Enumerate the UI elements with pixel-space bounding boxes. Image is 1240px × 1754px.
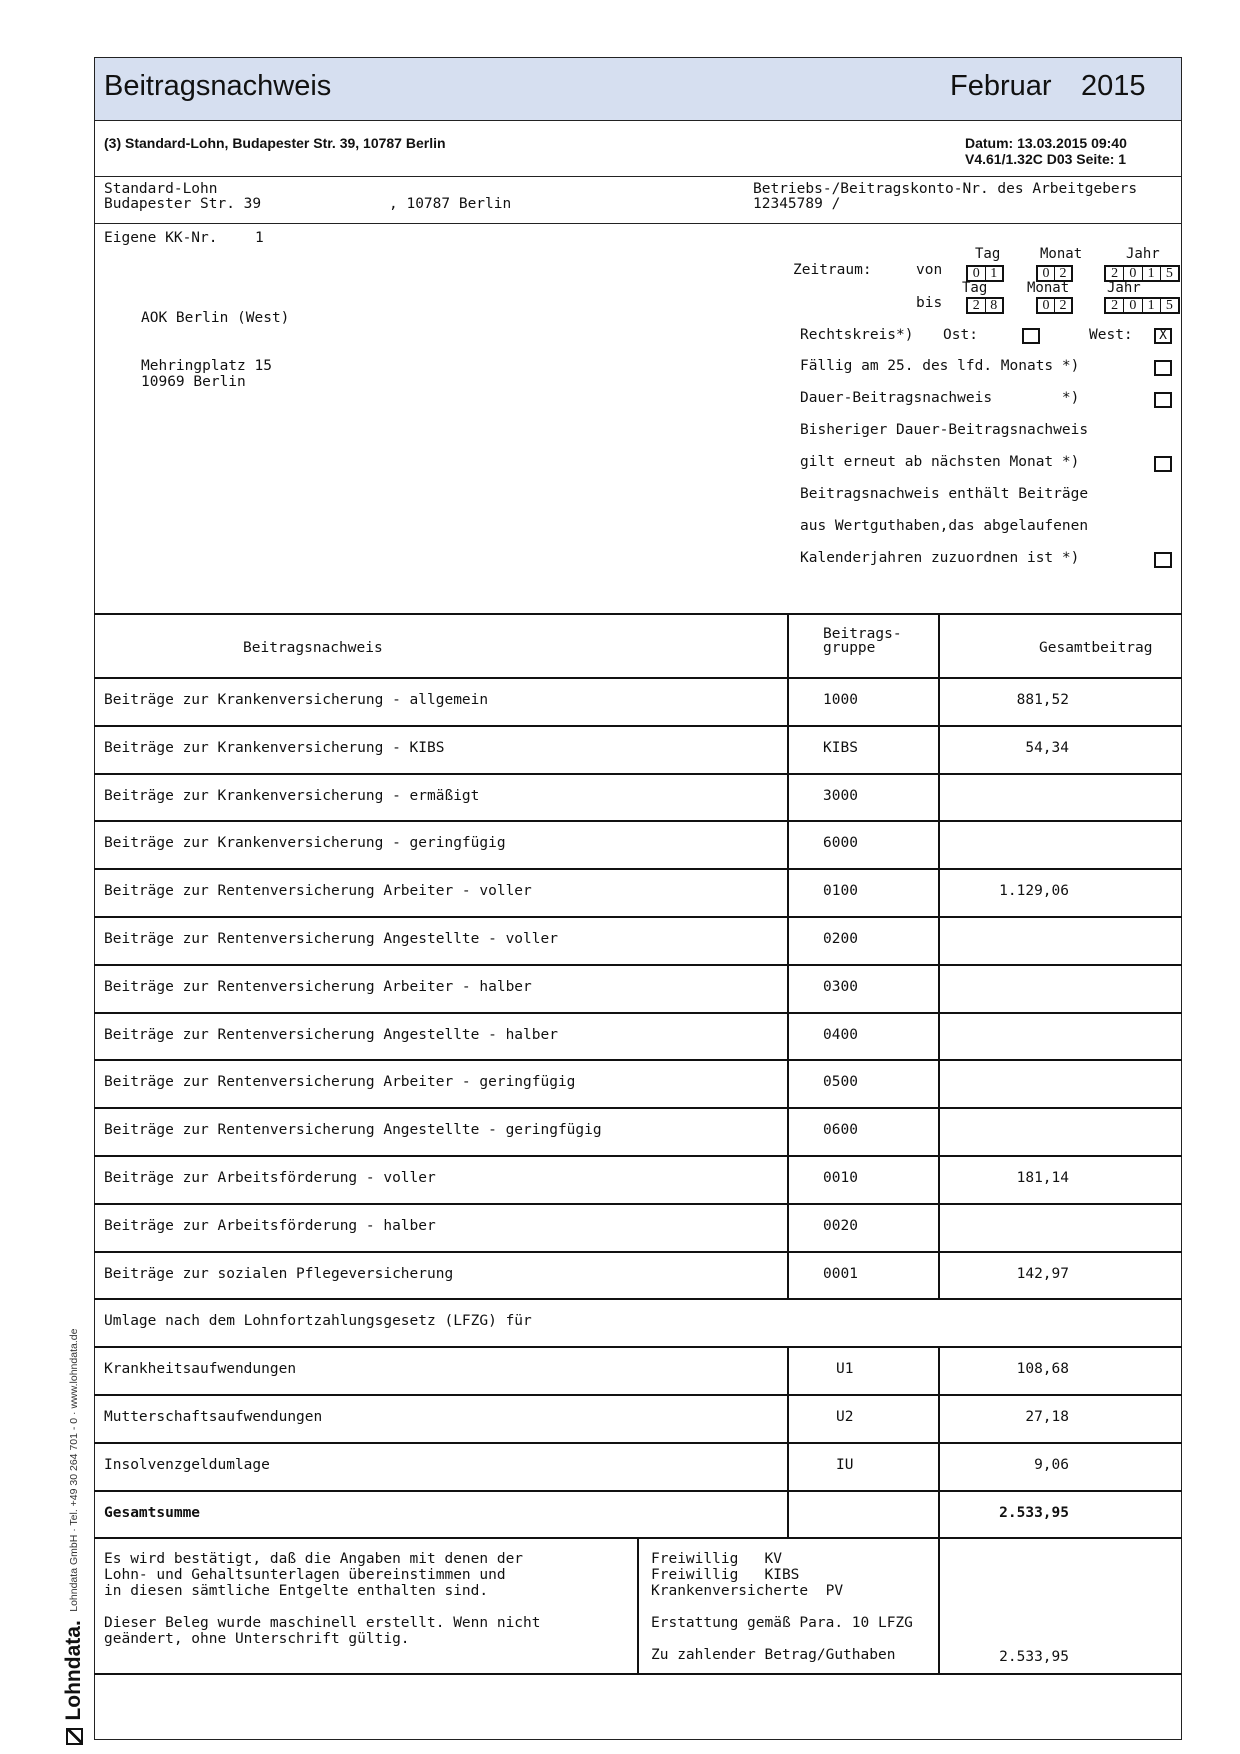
table-row-label: Beiträge zur Rentenversicherung Angestel… [104, 931, 558, 947]
table-row-group: 0500 [823, 1074, 858, 1090]
umlage-row-label: Krankheitsaufwendungen [104, 1361, 296, 1377]
employer-city: , 10787 Berlin [389, 197, 511, 212]
table-row-label: Beiträge zur Rentenversicherung Angestel… [104, 1027, 558, 1043]
print-date: Datum: 13.03.2015 09:40 [965, 135, 1127, 151]
wertguthaben-checkbox[interactable] [1154, 552, 1172, 568]
confirmation-text: Es wird bestätigt, daß die Angaben mit d… [104, 1551, 523, 1567]
column-header-description: Beitragsnachweis [243, 640, 383, 656]
table-row-label: Beiträge zur Krankenversicherung - ermäß… [104, 788, 479, 804]
wertguthaben-line3: Kalenderjahren zuzuordnen ist *) [800, 550, 1079, 566]
table-row-amount: 54,34 [940, 740, 1069, 756]
dauer-label: Dauer-Beitragsnachweis *) [800, 390, 1079, 406]
bisheriger-checkbox[interactable] [1154, 456, 1172, 472]
umlage-row-amount: 9,06 [940, 1457, 1069, 1473]
table-row-label: Beiträge zur Rentenversicherung Arbeiter… [104, 1074, 575, 1090]
umlage-heading: Umlage nach dem Lohnfortzahlungsgesetz (… [104, 1313, 532, 1329]
west-label: West: [1089, 327, 1133, 343]
table-row-label: Beiträge zur Krankenversicherung - gerin… [104, 835, 506, 851]
faellig-label: Fällig am 25. des lfd. Monats *) [800, 358, 1079, 374]
total-label: Gesamtsumme [104, 1505, 200, 1521]
table-row-amount: 881,52 [940, 692, 1069, 708]
wertguthaben-line2: aus Wertguthaben,das abgelaufenen [800, 518, 1088, 534]
version-page: V4.61/1.32C D03 Seite: 1 [965, 151, 1126, 167]
bis-label: bis [916, 295, 942, 311]
dauer-checkbox[interactable] [1154, 392, 1172, 408]
table-row-label: Beiträge zur Krankenversicherung - allge… [104, 692, 488, 708]
bis-tag-field[interactable]: 28 [966, 297, 1004, 314]
wertguthaben-line1: Beitragsnachweis enthält Beiträge [800, 486, 1088, 502]
confirmation-text: Lohn- und Gehaltsunterlagen übereinstimm… [104, 1567, 506, 1583]
table-row-group: 0100 [823, 883, 858, 899]
table-row-amount: 142,97 [940, 1266, 1069, 1282]
total-amount: 2.533,95 [940, 1505, 1069, 1521]
table-row-label: Beiträge zur sozialen Pflegeversicherung [104, 1266, 453, 1282]
erstattung-label: Erstattung gemäß Para. 10 LFZG [651, 1615, 913, 1631]
von-monat-label: Monat [1040, 246, 1082, 262]
company-line: (3) Standard-Lohn, Budapester Str. 39, 1… [104, 135, 446, 151]
table-row-group: 6000 [823, 835, 858, 851]
table-row-amount: 181,14 [940, 1170, 1069, 1186]
bisheriger-line1: Bisheriger Dauer-Beitragsnachweis [800, 422, 1088, 438]
insurer-address: Mehringplatz 15 10969 Berlin [141, 358, 272, 390]
krankenversicherte-pv-label: Krankenversicherte PV [651, 1583, 843, 1599]
table-row-label: Beiträge zur Arbeitsförderung - voller [104, 1170, 436, 1186]
table-row-group: 0001 [823, 1266, 858, 1282]
ost-checkbox[interactable] [1022, 328, 1040, 344]
table-row-group: 0600 [823, 1122, 858, 1138]
brand-name: Lohndata. [62, 1620, 85, 1720]
table-row-group: 0300 [823, 979, 858, 995]
umlage-row-group: IU [836, 1457, 853, 1473]
insurer-street: Mehringplatz 15 [141, 358, 272, 374]
page-title: Beitragsnachweis [104, 70, 331, 103]
employer-address: Standard-Lohn Budapester Str. 39 , 10787… [104, 182, 511, 212]
table-row-label: Beiträge zur Rentenversicherung Arbeiter… [104, 979, 532, 995]
umlage-row-amount: 108,68 [940, 1361, 1069, 1377]
side-branding: Lohndata. Lohndata GmbH · Tel. +49 30 26… [62, 1329, 86, 1745]
brand-contact: Lohndata GmbH · Tel. +49 30 264 701 - 0 … [68, 1329, 80, 1612]
freiwillig-kibs-label: Freiwillig KIBS [651, 1567, 799, 1583]
umlage-row-group: U1 [836, 1361, 853, 1377]
rechtskreis-label: Rechtskreis*) [800, 327, 914, 343]
faellig-checkbox[interactable] [1154, 360, 1172, 376]
table-row-label: Beiträge zur Arbeitsförderung - halber [104, 1218, 436, 1234]
umlage-row-label: Insolvenzgeldumlage [104, 1457, 270, 1473]
table-row-group: 0020 [823, 1218, 858, 1234]
insurer-city: 10969 Berlin [141, 374, 272, 390]
zu-zahlen-amount: 2.533,95 [940, 1649, 1069, 1665]
lohndata-logo-icon [66, 1728, 83, 1745]
machine-note-text: Dieser Beleg wurde maschinell erstellt. … [104, 1615, 541, 1631]
bis-monat-label: Monat [1027, 280, 1069, 296]
bis-tag-label: Tag [962, 280, 987, 296]
table-row-group: KIBS [823, 740, 858, 756]
table-row-label: Beiträge zur Krankenversicherung - KIBS [104, 740, 444, 756]
account-number: 12345789 / [753, 197, 1137, 212]
west-checkbox[interactable]: X [1154, 328, 1172, 344]
von-label: von [916, 262, 942, 278]
machine-note-text: geändert, ohne Unterschrift gültig. [104, 1631, 410, 1647]
employer-street: Budapester Str. 39 [104, 197, 389, 212]
bisheriger-line2: gilt erneut ab nächsten Monat *) [800, 454, 1079, 470]
kk-number-line: Eigene KK-Nr. 1 [104, 230, 264, 246]
employer-name: Standard-Lohn [104, 182, 511, 197]
period-label: Zeitraum: [793, 262, 872, 278]
von-jahr-label: Jahr [1126, 246, 1160, 262]
confirmation-text: in diesen sämtliche Entgelte enthalten s… [104, 1583, 488, 1599]
insurer-name: AOK Berlin (West) [141, 310, 289, 326]
table-row-group: 0400 [823, 1027, 858, 1043]
table-row-group: 0010 [823, 1170, 858, 1186]
table-row-amount: 1.129,06 [940, 883, 1069, 899]
bis-jahr-field[interactable]: 2015 [1104, 297, 1180, 314]
ost-label: Ost: [943, 327, 978, 343]
bis-monat-field[interactable]: 02 [1036, 297, 1073, 314]
umlage-row-amount: 27,18 [940, 1409, 1069, 1425]
kk-number: 1 [255, 230, 264, 246]
employer-account: Betriebs-/Beitragskonto-Nr. des Arbeitge… [753, 182, 1137, 212]
bis-jahr-label: Jahr [1107, 280, 1141, 296]
account-label: Betriebs-/Beitragskonto-Nr. des Arbeitge… [753, 182, 1137, 197]
table-row-label: Beiträge zur Rentenversicherung Angestel… [104, 1122, 602, 1138]
table-row-group: 3000 [823, 788, 858, 804]
umlage-row-group: U2 [836, 1409, 853, 1425]
zu-zahlen-label: Zu zahlender Betrag/Guthaben [651, 1647, 895, 1663]
column-header-total: Gesamtbeitrag [1039, 640, 1153, 656]
table-row-group: 0200 [823, 931, 858, 947]
freiwillig-kv-label: Freiwillig KV [651, 1551, 782, 1567]
umlage-row-label: Mutterschaftsaufwendungen [104, 1409, 322, 1425]
period-month: Februar [950, 70, 1052, 103]
column-header-group-line2: gruppe [823, 640, 875, 656]
kk-label: Eigene KK-Nr. [104, 230, 255, 246]
table-row-group: 1000 [823, 692, 858, 708]
period-year: 2015 [1081, 70, 1146, 103]
von-tag-label: Tag [975, 246, 1000, 262]
table-row-label: Beiträge zur Rentenversicherung Arbeiter… [104, 883, 532, 899]
